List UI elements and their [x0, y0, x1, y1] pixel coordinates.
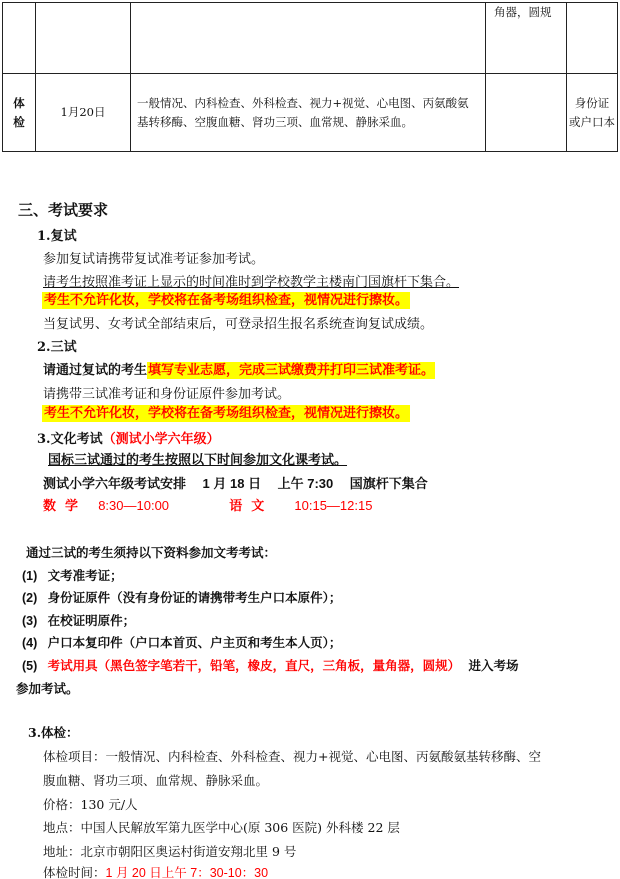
- table-cell-tools: 角器，圆规: [486, 3, 567, 74]
- sanshi-line-prefix: 请通过复试的考生: [43, 363, 147, 378]
- wenhua-line: 国标三试通过的考生按照以下时间参加文化课考试。: [48, 452, 347, 469]
- documents-line: 或户口本: [567, 113, 617, 132]
- material-item: 在校证明原件；: [48, 613, 136, 628]
- table-cell-content: 一般情况、内科检查、外科检查、视力+视觉、心电图、丙氨酸氨基转移酶、空腹血糖、肾…: [131, 74, 486, 152]
- table-cell-category: 体 检: [3, 74, 36, 152]
- sanshi-line: 请携带三试准考证和身份证原件参加考试。: [43, 386, 290, 403]
- sanshi-heading: 2.三试: [37, 339, 77, 356]
- chinese-time: 10:15—12:15: [294, 498, 372, 513]
- item-number: (3): [22, 614, 37, 628]
- tijian-items: 腹血糖、肾功三项、血常规、静脉采血。: [43, 772, 268, 789]
- table-cell-documents: 身份证 或户口本: [567, 74, 618, 152]
- material-item: 身份证原件（没有身份证的请携带考生户口本原件）；: [48, 590, 342, 605]
- table-cell: [567, 3, 618, 74]
- category-line: 检: [3, 113, 35, 132]
- item-number: (1): [22, 569, 37, 583]
- schedule-place: 国旗杆下集合: [350, 477, 428, 492]
- table-cell: [486, 74, 567, 152]
- fushi-line: 当复试男、女考试全部结束后，可登录招生报名系统查询复试成绩。: [43, 316, 433, 333]
- tijian-items: 体检项目：一般情况、内科检查、外科检查、视力+视觉、心电图、丙氨酸氨基转移酶、空: [43, 748, 541, 765]
- schedule-date: 1 月 18 日: [203, 476, 262, 491]
- table-cell: [36, 3, 131, 74]
- table-row: 体 检 1月20日 一般情况、内科检查、外科检查、视力+视觉、心电图、丙氨酸氨基…: [3, 74, 618, 152]
- table-cell-date: 1月20日: [36, 74, 131, 152]
- tijian-price: 价格：130 元/人: [43, 796, 138, 813]
- no-makeup-warning: 考生不允许化妆，学校将在备考场组织检查，视情况进行擦妆。: [42, 292, 410, 309]
- chinese-label: 语 文: [229, 499, 264, 514]
- materials-intro: 通过三试的考生须持以下资料参加文考考试：: [26, 544, 276, 561]
- math-time: 8:30—10:00: [98, 498, 169, 513]
- table-row: 角器，圆规: [3, 3, 618, 74]
- no-makeup-warning: 考生不允许化妆，学校将在备考场组织检查，视情况进行擦妆。: [42, 405, 410, 422]
- table-cell: [3, 3, 36, 74]
- tijian-location: 地点：中国人民解放军第九医学中心(原 306 医院) 外科楼 22 层: [43, 819, 400, 836]
- exam-schedule-table: 角器，圆规 体 检 1月20日 一般情况、内科检查、外科检查、视力+视觉、心电图…: [2, 2, 618, 152]
- item-number: (5): [22, 659, 37, 673]
- item-number: (4): [22, 636, 37, 650]
- item-number: (2): [22, 591, 37, 605]
- table-cell: [131, 3, 486, 74]
- wenhua-grade: （测试小学六年级）: [103, 432, 220, 447]
- material-item: 进入考场: [469, 658, 519, 673]
- tijian-address: 地址：北京市朝阳区奥运村街道安翔北里 9 号: [43, 843, 296, 860]
- material-item-cont: 参加考试。: [16, 680, 79, 697]
- math-label: 数 学: [43, 499, 78, 514]
- sanshi-highlight: 填写专业志愿，完成三试缴费并打印三试准考证。: [147, 362, 435, 379]
- tijian-time-label: 体检时间：: [43, 865, 106, 879]
- tijian-time-value: 1 月 20 日上午 7：30-10：30: [106, 866, 269, 879]
- section-title: 三、考试要求: [18, 202, 108, 219]
- schedule-label: 测试小学六年级考试安排: [43, 477, 186, 492]
- fushi-assembly-line: 请考生按照准考证上显示的时间准时到学校教学主楼南门国旗杆下集合。: [43, 274, 459, 291]
- fushi-line: 参加复试请携带复试准考证参加考试。: [43, 251, 264, 268]
- documents-line: 身份证: [567, 94, 617, 113]
- exam-tools: 考试用具（黑色签字笔若干，铅笔，橡皮，直尺，三角板，量角器，圆规）: [48, 658, 461, 673]
- wenhua-heading: 3.文化考试: [37, 432, 103, 447]
- fushi-heading: 1.复试: [37, 228, 77, 245]
- material-item: 文考准考证；: [48, 568, 123, 583]
- category-line: 体: [3, 94, 35, 113]
- material-item: 户口本复印件（户口本首页、户主页和考生本人页）；: [48, 635, 342, 650]
- schedule-time: 上午 7:30: [278, 476, 334, 491]
- tijian-heading: 3.体检：: [28, 724, 79, 741]
